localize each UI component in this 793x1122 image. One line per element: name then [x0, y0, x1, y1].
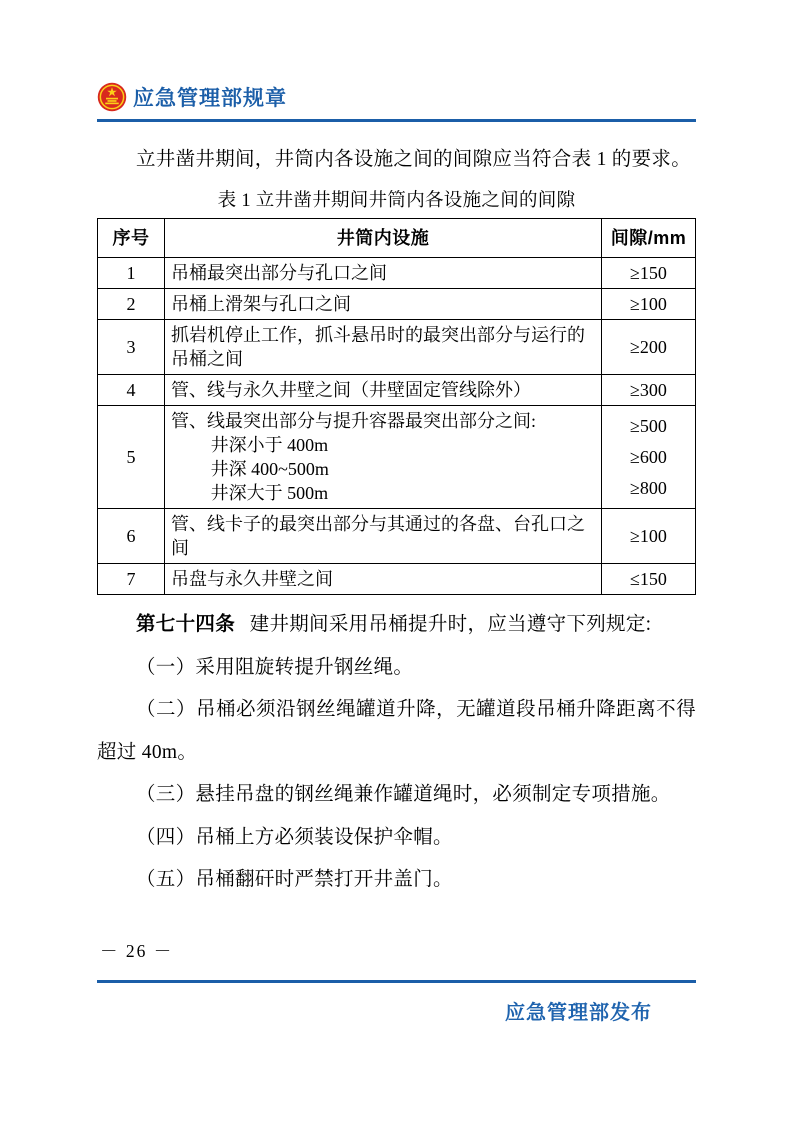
- document-header: 应急管理部规章: [97, 82, 696, 112]
- cell-facility: 吊桶上滑架与孔口之间: [165, 289, 602, 320]
- column-header-facility: 井筒内设施: [165, 219, 602, 258]
- cell-facility: 抓岩机停止工作，抓斗悬吊时的最突出部分与运行的吊桶之间: [165, 320, 602, 375]
- facility-line: 井深大于 500m: [171, 481, 595, 505]
- table-row: 5管、线最突出部分与提升容器最突出部分之间:井深小于 400m井深 400~50…: [98, 406, 696, 509]
- cell-clearance: ≥150: [602, 258, 696, 289]
- cell-facility: 管、线与永久井壁之间（井壁固定管线除外）: [165, 375, 602, 406]
- article-section: 第七十四条建井期间采用吊桶提升时，应当遵守下列规定: （一）采用阻旋转提升钢丝绳…: [97, 603, 696, 902]
- table-row: 6管、线卡子的最突出部分与其通过的各盘、台孔口之间≥100: [98, 509, 696, 564]
- article-item: （三）悬挂吊盘的钢丝绳兼作罐道绳时，必须制定专项措施。: [97, 774, 696, 817]
- cell-clearance: ≤150: [602, 564, 696, 595]
- cell-clearance: ≥100: [602, 289, 696, 320]
- article-item: （一）采用阻旋转提升钢丝绳。: [97, 647, 696, 690]
- cell-row-number: 6: [98, 509, 165, 564]
- table-row: 1吊桶最突出部分与孔口之间≥150: [98, 258, 696, 289]
- cell-clearance: ≥500≥600≥800: [602, 406, 696, 509]
- article-item: （五）吊桶翻矸时严禁打开井盖门。: [97, 859, 696, 902]
- table-caption: 表 1 立井凿井期间井筒内各设施之间的间隙: [97, 187, 696, 215]
- cell-row-number: 3: [98, 320, 165, 375]
- article-number: 第七十四条: [136, 613, 235, 635]
- table-row: 7吊盘与永久井壁之间≤150: [98, 564, 696, 595]
- table-row: 3抓岩机停止工作，抓斗悬吊时的最突出部分与运行的吊桶之间≥200: [98, 320, 696, 375]
- facility-line: 管、线最突出部分与提升容器最突出部分之间:: [171, 409, 595, 433]
- cell-row-number: 5: [98, 406, 165, 509]
- footer-divider-line: [97, 980, 696, 983]
- header-divider-line: [97, 119, 696, 122]
- cell-row-number: 2: [98, 289, 165, 320]
- article-lead-paragraph: 第七十四条建井期间采用吊桶提升时，应当遵守下列规定:: [97, 603, 696, 647]
- facility-line: 井深 400~500m: [171, 457, 595, 481]
- article-item: （四）吊桶上方必须装设保护伞帽。: [97, 817, 696, 860]
- page-content: 应急管理部规章 立井凿井期间，井筒内各设施之间的间隙应当符合表 1 的要求。 表…: [97, 0, 696, 902]
- clearance-line: ≥600: [608, 442, 689, 473]
- cell-clearance: ≥200: [602, 320, 696, 375]
- china-national-emblem-icon: [97, 82, 127, 112]
- clearance-table: 序号 井筒内设施 间隙/mm 1吊桶最突出部分与孔口之间≥1502吊桶上滑架与孔…: [97, 218, 696, 595]
- clearance-line: ≥800: [608, 473, 689, 504]
- cell-row-number: 1: [98, 258, 165, 289]
- intro-paragraph: 立井凿井期间，井筒内各设施之间的间隙应当符合表 1 的要求。: [97, 138, 696, 182]
- document-page: 应急管理部规章 立井凿井期间，井筒内各设施之间的间隙应当符合表 1 的要求。 表…: [0, 0, 793, 1122]
- cell-facility: 吊桶最突出部分与孔口之间: [165, 258, 602, 289]
- cell-clearance: ≥300: [602, 375, 696, 406]
- column-header-no: 序号: [98, 219, 165, 258]
- header-title: 应急管理部规章: [133, 82, 287, 112]
- article-item: （二）吊桶必须沿钢丝绳罐道升降，无罐道段吊桶升降距离不得超过 40m。: [97, 689, 696, 774]
- table-row: 4管、线与永久井壁之间（井壁固定管线除外）≥300: [98, 375, 696, 406]
- cell-row-number: 4: [98, 375, 165, 406]
- table-header-row: 序号 井筒内设施 间隙/mm: [98, 219, 696, 258]
- column-header-clearance: 间隙/mm: [602, 219, 696, 258]
- cell-clearance: ≥100: [602, 509, 696, 564]
- cell-facility: 管、线最突出部分与提升容器最突出部分之间:井深小于 400m井深 400~500…: [165, 406, 602, 509]
- cell-row-number: 7: [98, 564, 165, 595]
- cell-facility: 管、线卡子的最突出部分与其通过的各盘、台孔口之间: [165, 509, 602, 564]
- publisher-label: 应急管理部发布: [97, 996, 696, 1025]
- page-footer: － 26 － 应急管理部发布: [97, 938, 696, 1025]
- cell-facility: 吊盘与永久井壁之间: [165, 564, 602, 595]
- article-lead-text: 建井期间采用吊桶提升时，应当遵守下列规定:: [250, 614, 652, 635]
- table-row: 2吊桶上滑架与孔口之间≥100: [98, 289, 696, 320]
- article-items: （一）采用阻旋转提升钢丝绳。（二）吊桶必须沿钢丝绳罐道升降，无罐道段吊桶升降距离…: [97, 647, 696, 902]
- page-number: － 26 －: [97, 938, 696, 964]
- facility-line: 井深小于 400m: [171, 433, 595, 457]
- clearance-line: ≥500: [608, 411, 689, 442]
